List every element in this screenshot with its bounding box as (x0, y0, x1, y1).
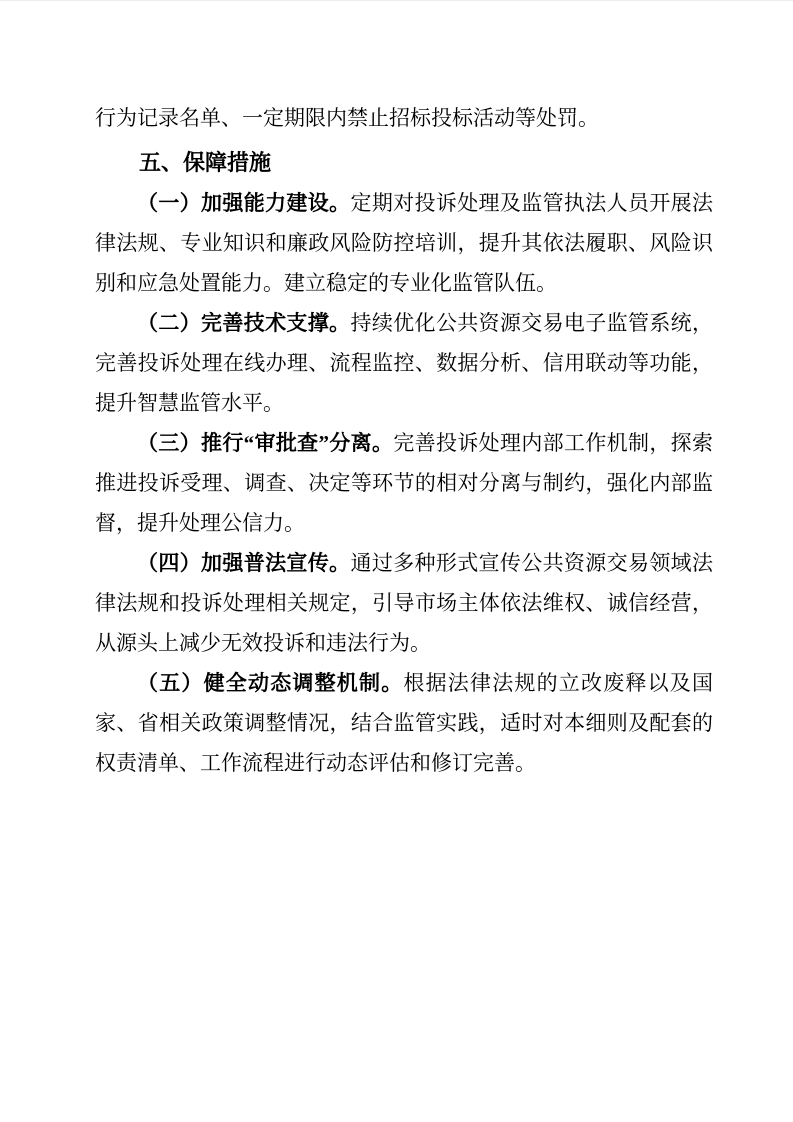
paragraph-4: （四）加强普法宣传。通过多种形式宣传公共资源交易领域法律法规和投诉处理相关规定，… (95, 543, 713, 663)
paragraph-5: （五）健全动态调整机制。根据法律法规的立改废释以及国家、省相关政策调整情况，结合… (95, 663, 713, 783)
paragraph-2: （二）完善技术支撑。持续优化公共资源交易电子监管系统，完善投诉处理在线办理、流程… (95, 303, 713, 423)
document-page: 行为记录名单、一定期限内禁止招标投标活动等处罚。 五、保障措施 （一）加强能力建… (0, 0, 793, 1122)
paragraph-3: （三）推行“审批查”分离。完善投诉处理内部工作机制，探索推进投诉受理、调查、决定… (95, 423, 713, 543)
paragraph-1-lead: （一）加强能力建设。 (137, 191, 350, 215)
paragraph-2-lead: （二）完善技术支撑。 (137, 311, 350, 335)
paragraph-4-lead: （四）加强普法宣传。 (137, 551, 350, 575)
document-content: 行为记录名单、一定期限内禁止招标投标活动等处罚。 五、保障措施 （一）加强能力建… (95, 98, 713, 783)
continuation-paragraph: 行为记录名单、一定期限内禁止招标投标活动等处罚。 (95, 98, 713, 138)
section-heading: 五、保障措施 (95, 143, 713, 183)
paragraph-1: （一）加强能力建设。定期对投诉处理及监管执法人员开展法律法规、专业知识和廉政风险… (95, 183, 713, 303)
paragraph-3-lead: （三）推行“审批查”分离。 (137, 431, 393, 455)
paragraph-5-lead: （五）健全动态调整机制。 (137, 671, 403, 695)
